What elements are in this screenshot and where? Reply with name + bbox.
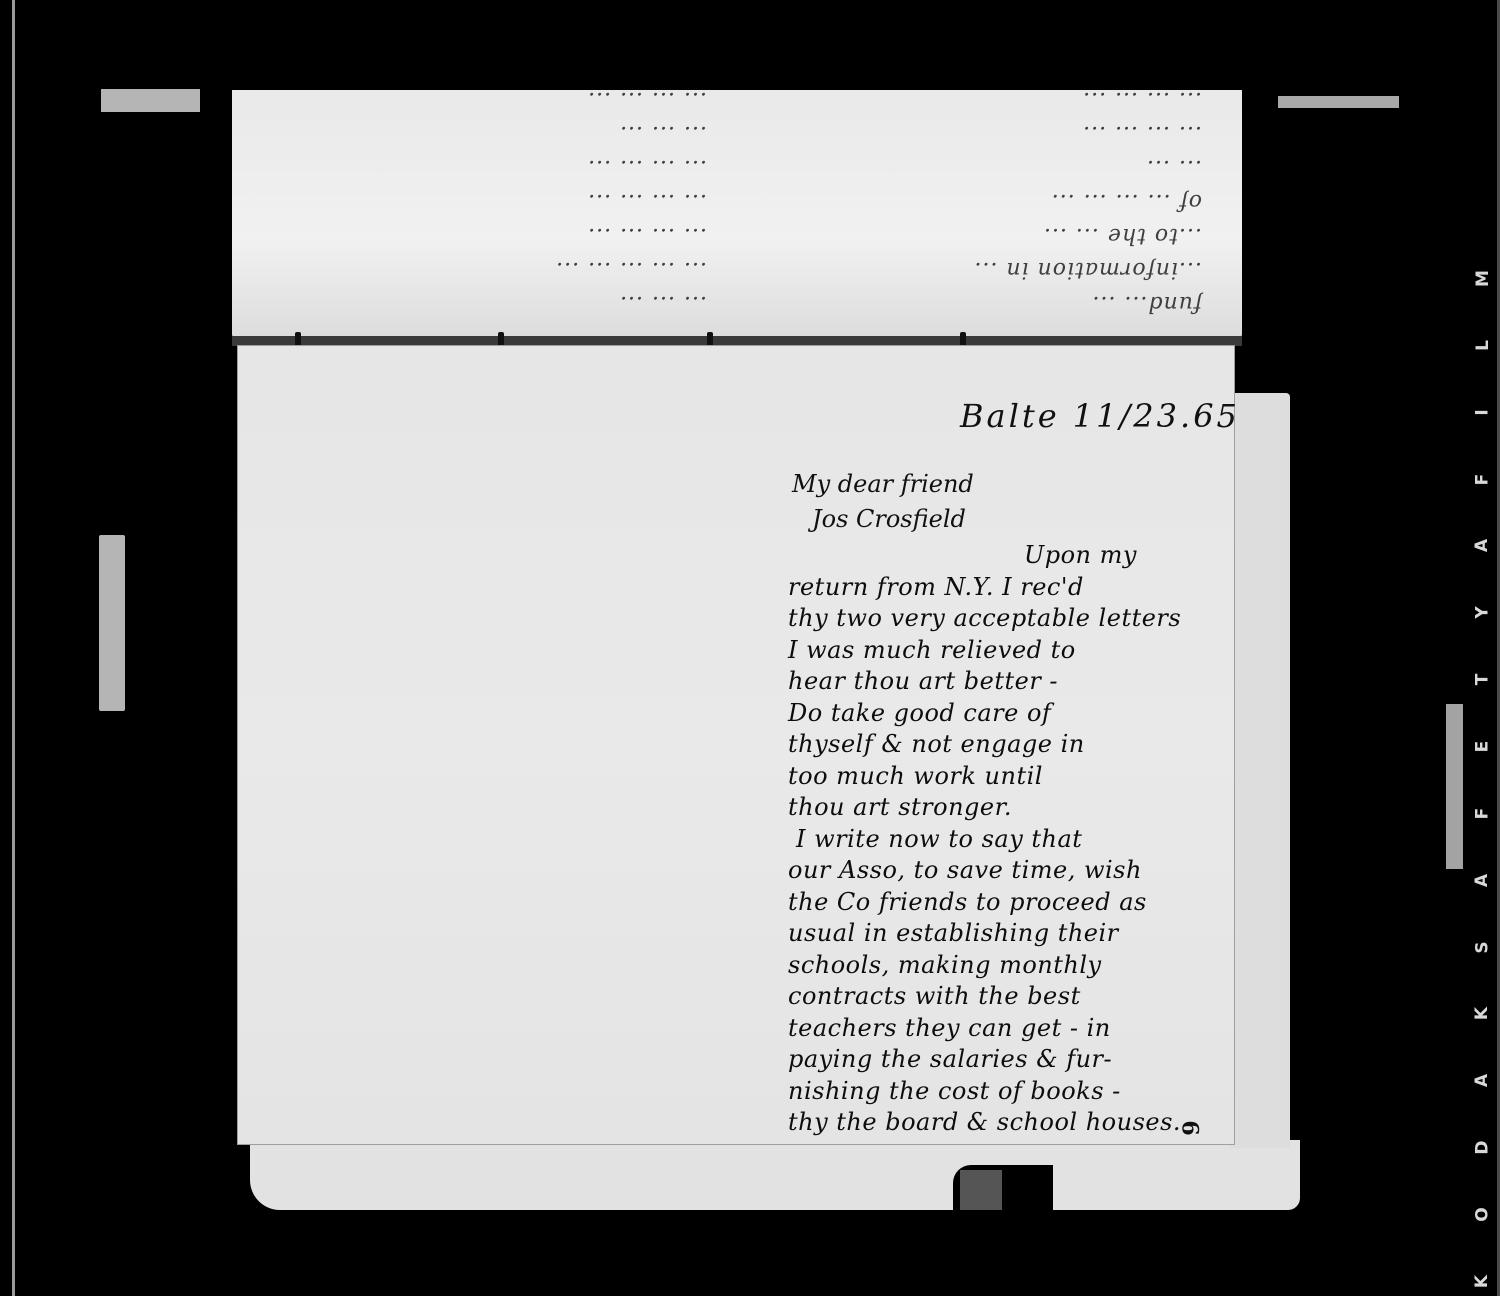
body-line: hear thou art better - — [788, 666, 1208, 698]
body-line: too much work until — [788, 761, 1208, 793]
mounting-tape-left — [99, 535, 125, 711]
inverted-line: ... ... ... ... — [272, 150, 707, 184]
inverted-line: ... ... — [767, 150, 1202, 184]
body-line: paying the salaries & fur- — [788, 1044, 1208, 1076]
body-line: teachers they can get - in — [788, 1013, 1208, 1045]
inverted-line: ... ... ... ... — [272, 184, 707, 218]
page-number: 6 — [1177, 1120, 1203, 1135]
letter-dateline: Balte 11/23.65 — [960, 397, 1240, 435]
inverted-line: ... ... ... ... — [272, 90, 707, 116]
body-line: I write now to say that — [788, 824, 1208, 856]
body-line: Upon my — [788, 540, 1208, 572]
body-line: nishing the cost of books - — [788, 1076, 1208, 1108]
inverted-line: ...to the ... ... — [767, 218, 1202, 252]
inverted-line: ... ... ... — [272, 286, 707, 320]
edge-char: E — [1475, 741, 1492, 753]
edge-char: K — [1475, 1275, 1492, 1288]
folder-bottom-tab — [250, 1140, 1300, 1210]
inverted-line: ... ... ... — [272, 116, 707, 150]
edge-char: M — [1474, 270, 1491, 287]
edge-char: A — [1474, 874, 1491, 887]
edge-char: I — [1474, 409, 1491, 415]
edge-char: A — [1474, 539, 1491, 552]
body-line: Do take good care of — [788, 698, 1208, 730]
edge-char: F — [1475, 473, 1492, 485]
body-line: thou art stronger. — [788, 792, 1208, 824]
mounting-tape-top-left — [101, 89, 200, 112]
letter-body: Upon my return from N.Y. I rec'd thy two… — [788, 540, 1208, 1139]
edge-char: L — [1475, 340, 1492, 351]
body-line: thy the board & school houses. — [788, 1107, 1208, 1139]
body-line: the Co friends to proceed as — [788, 887, 1208, 919]
inverted-line: ... ... ... ... — [767, 116, 1202, 150]
backing-sheet — [1230, 393, 1290, 1148]
inverted-line: ... ... ... ... ... — [272, 252, 707, 286]
body-line: return from N.Y. I rec'd — [788, 572, 1208, 604]
body-line: our Asso, to save time, wish — [788, 855, 1208, 887]
inverted-text: fund... ... ...information in ... ...to … — [232, 90, 1242, 340]
folder-notch-shadow — [960, 1170, 1002, 1210]
inverted-left-column: fund... ... ...information in ... ...to … — [767, 90, 1202, 320]
body-line: thyself & not engage in — [788, 729, 1208, 761]
body-line: thy two very acceptable letters — [788, 603, 1208, 635]
edge-char: K — [1475, 1007, 1492, 1020]
body-line: schools, making monthly — [788, 950, 1208, 982]
letter-salutation: My dear friend — [792, 470, 974, 498]
edge-char: T — [1474, 674, 1491, 686]
film-edge-print: K O D A K S A F E T Y A F I L M — [1468, 270, 1498, 1290]
edge-char: Y — [1475, 607, 1492, 619]
inverted-line: ... ... ... ... — [767, 90, 1202, 116]
edge-char: S — [1475, 941, 1492, 953]
mounting-tape-right — [1446, 704, 1463, 869]
inverted-line: ...information in ... — [767, 252, 1202, 286]
film-edge-line-left — [12, 0, 15, 1296]
inverted-line: of ... ... ... ... — [767, 184, 1202, 218]
inverted-line: ... ... ... ... — [272, 218, 707, 252]
inverted-top-page: fund... ... ...information in ... ...to … — [232, 90, 1242, 340]
inverted-line: fund... ... — [767, 286, 1202, 320]
edge-char: A — [1474, 1074, 1491, 1087]
edge-char: O — [1474, 1207, 1491, 1221]
inverted-right-column: ... ... ... ... ... ... ... ... ... ... … — [272, 90, 707, 320]
edge-char: F — [1475, 808, 1492, 820]
body-line: contracts with the best — [788, 981, 1208, 1013]
mounting-tape-top-right — [1278, 96, 1399, 108]
body-line: I was much relieved to — [788, 635, 1208, 667]
letter-addressee: Jos Crosfield — [812, 505, 966, 533]
edge-char: D — [1475, 1141, 1492, 1155]
body-line: usual in establishing their — [788, 918, 1208, 950]
